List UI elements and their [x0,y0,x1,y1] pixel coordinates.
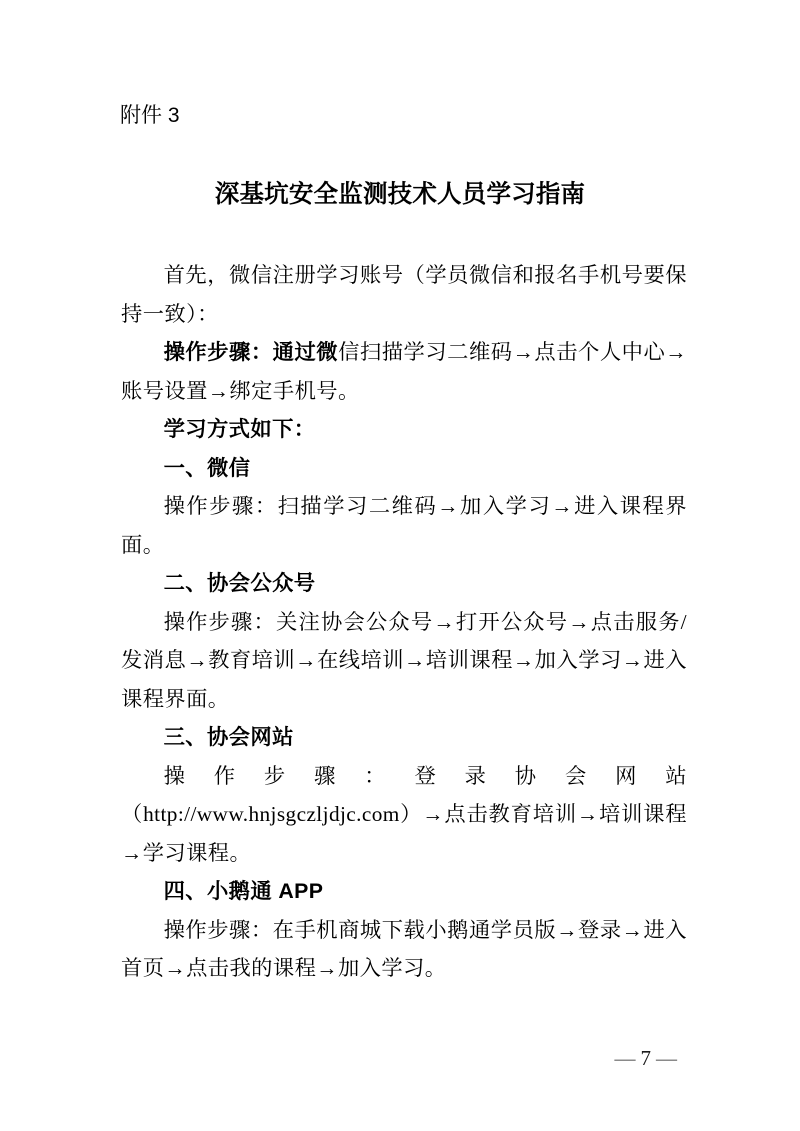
page-number: —7— [610,1046,683,1070]
section-4-heading: 四、小鹅通 APP [121,872,687,911]
section-2-heading: 二、协会公众号 [121,564,687,603]
page-number-value: 7 [641,1046,652,1070]
section-3-heading: 三、协会网站 [121,718,687,757]
paragraph-register-steps: 操作步骤：通过微信扫描学习二维码→点击个人中心→账号设置→绑定手机号。 [121,333,687,410]
section-2-steps: 操作步骤：关注协会公众号→打开公众号→点击服务/发消息→教育培训→在线培训→培训… [121,603,687,719]
heading-learning-methods: 学习方式如下： [121,410,687,449]
page-number-dash-right: — [656,1046,677,1070]
section-4-steps: 操作步骤：在手机商城下载小鹅通学员版→登录→进入首页→点击我的课程→加入学习。 [121,911,687,988]
section-3-steps-prefix: 操作步骤：登录协会网站 [164,764,687,788]
document-page: 附件 3 深基坑安全监测技术人员学习指南 首先，微信注册学习账号（学员微信和报名… [0,0,800,1131]
register-steps-bold-lead: 操作步骤：通过微 [164,340,339,364]
document-body: 首先，微信注册学习账号（学员微信和报名手机号要保持一致）： 操作步骤：通过微信扫… [121,256,687,988]
attachment-label: 附件 3 [120,104,180,128]
association-website-url: （http://www.hnjsgczljdjc.com） [121,802,422,826]
page-number-dash-left: — [615,1046,636,1070]
section-1-steps: 操作步骤：扫描学习二维码→加入学习→进入课程界面。 [121,487,687,564]
document-title: 深基坑安全监测技术人员学习指南 [0,179,800,210]
paragraph-intro: 首先，微信注册学习账号（学员微信和报名手机号要保持一致）： [121,256,687,333]
section-1-heading: 一、微信 [121,449,687,488]
section-3-steps: 操作步骤：登录协会网站（http://www.hnjsgczljdjc.com）… [121,757,687,873]
